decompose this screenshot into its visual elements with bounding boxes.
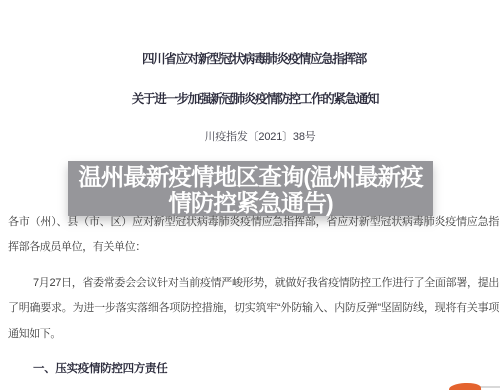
header-subject-line: 关于进一步加强新冠肺炎疫情防控工作的紧急通知 <box>0 89 500 107</box>
section-1-heading: 一、压实疫情防控四方责任 <box>33 360 167 376</box>
paragraph-intro: 7月27日，省委常委会会议针对当前疫情严峻形势，就做好我省疫情防控工作进行了全面… <box>8 271 499 347</box>
document-page: 四川省应对新型冠状病毒肺炎疫情应急指挥部 关于进一步加强新冠肺炎疫情防控工作的紧… <box>0 0 500 390</box>
overlay-title-line-1: 温州最新疫情地区查询(温州最新疫 <box>68 164 433 190</box>
header-org-line: 四川省应对新型冠状病毒肺炎疫情应急指挥部 <box>0 49 500 67</box>
title-overlay: 温州最新疫情地区查询(温州最新疫 情防控紧急通告) <box>68 161 433 216</box>
doc-number: 川疫指发〔2021〕38号 <box>0 128 500 144</box>
paragraph-salutation: 各市（州）、县（市、区）应对新型冠状病毒肺炎疫情应急指挥部，省应对新型冠状病毒肺… <box>8 210 499 261</box>
orange-swoosh-icon <box>449 382 482 390</box>
